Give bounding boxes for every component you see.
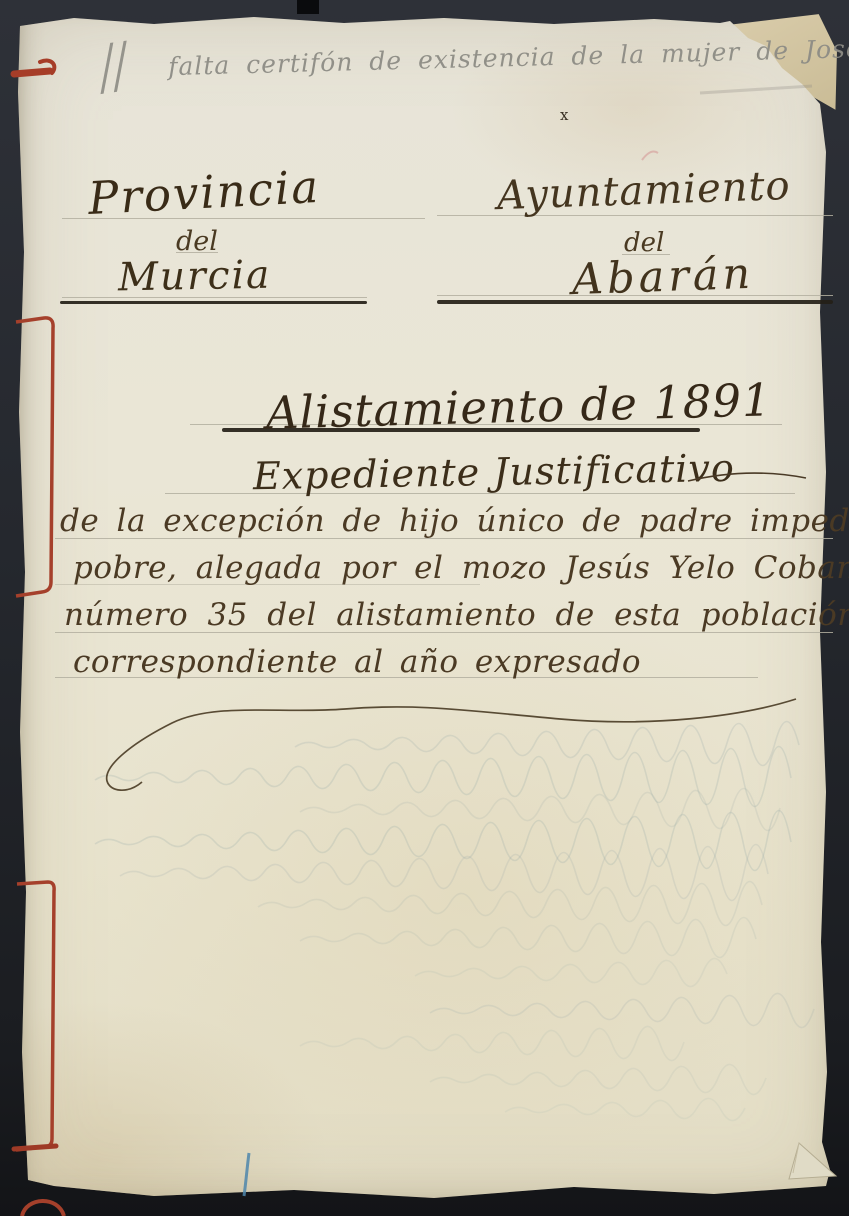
province-connector: del (176, 226, 218, 257)
binder-tab (297, 0, 319, 14)
page-subtitle: Expediente Justificativo (253, 446, 736, 498)
province-name: Murcia (118, 253, 272, 301)
ruled-line (437, 215, 833, 216)
x-mark: x (560, 106, 568, 124)
red-binding-loop-bottom (22, 1201, 64, 1216)
municipality-name: Abarán (571, 249, 755, 305)
body-line-1: de la excepción de hijo único de padre i… (60, 503, 849, 539)
body-line-3: número 35 del alistamiento de esta pobla… (64, 597, 849, 633)
manuscript-photograph: ∕∕ falta certifón de existencia de la mu… (0, 0, 849, 1216)
body-line-2: pobre, alegada por el mozo Jesús Yelo Co… (73, 550, 849, 586)
body-line-4: correspondiente al año expresado (73, 644, 641, 680)
heavy-underline-murcia (60, 301, 367, 304)
